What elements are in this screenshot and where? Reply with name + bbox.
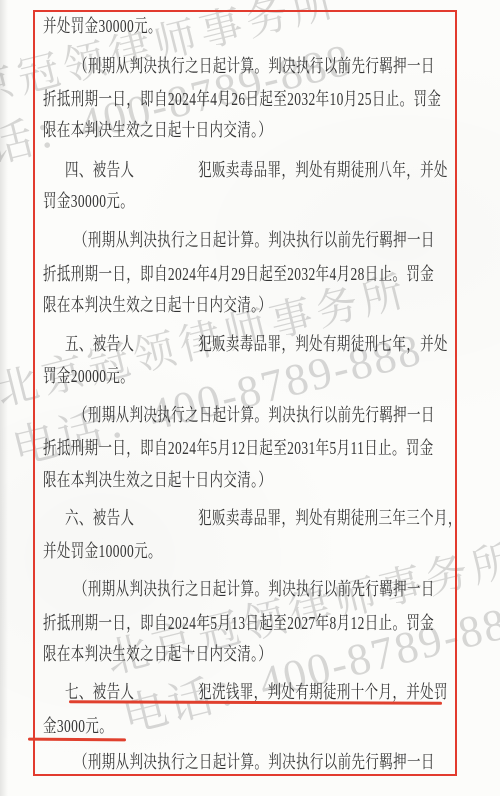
scanned-judgment-page: 北京冠领律师事务所 电话：400-8789-888 北京冠领律师事务所 电话：4… [0,0,500,796]
scan-edge-shadow [0,0,8,796]
page-border [33,10,457,776]
